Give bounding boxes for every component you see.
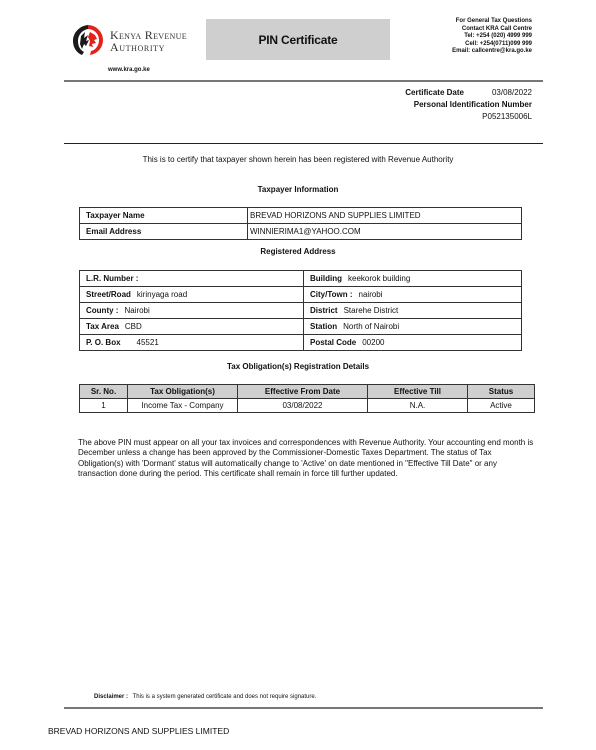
disclaimer-label: Disclaimer : bbox=[94, 694, 128, 700]
address-cell: L.R. Number : bbox=[80, 271, 304, 287]
registered-address-table: L.R. Number : Buildingkeekorok building … bbox=[79, 270, 522, 351]
contact-cell: Cell: +254(0711)099 999 bbox=[452, 41, 532, 49]
contact-tel: Tel: +254 (020) 4999 999 bbox=[452, 33, 532, 41]
table-row: 1 Income Tax - Company 03/08/2022 N.A. A… bbox=[80, 399, 535, 413]
document-title-box: PIN Certificate bbox=[206, 19, 390, 60]
city-label: City/Town : bbox=[310, 290, 353, 299]
header-divider bbox=[64, 80, 543, 82]
taxpayer-name-label: Taxpayer Name bbox=[80, 208, 248, 224]
email-label: Email Address bbox=[80, 224, 248, 240]
address-cell: Tax AreaCBD bbox=[80, 319, 304, 335]
address-cell: StationNorth of Nairobi bbox=[304, 319, 522, 335]
address-cell: Postal Code00200 bbox=[304, 335, 522, 351]
column-header: Effective Till bbox=[368, 385, 468, 399]
county-value: Nairobi bbox=[124, 306, 149, 315]
pin-value: P052135006L bbox=[405, 111, 532, 123]
postal-code-value: 00200 bbox=[362, 338, 384, 347]
kra-logo: Kenya Revenue Authority bbox=[70, 22, 200, 62]
document-title: PIN Certificate bbox=[258, 33, 337, 47]
certify-statement: This is to certify that taxpayer shown h… bbox=[0, 155, 596, 164]
county-label: County : bbox=[86, 306, 118, 315]
street-value: kirinyaga road bbox=[137, 290, 187, 299]
table-row: Email Address WINNIERIMA1@YAHOO.COM bbox=[80, 224, 522, 240]
address-cell: City/Town :nairobi bbox=[304, 287, 522, 303]
district-value: Starehe District bbox=[344, 306, 399, 315]
street-label: Street/Road bbox=[86, 290, 131, 299]
tax-obligation-cell: Income Tax - Company bbox=[128, 399, 238, 413]
contact-line: For General Tax Questions bbox=[452, 18, 532, 26]
address-cell: DistrictStarehe District bbox=[304, 303, 522, 319]
logo-line-2: Authority bbox=[110, 41, 187, 53]
station-label: Station bbox=[310, 322, 337, 331]
table-row: P. O. Box45521 Postal Code00200 bbox=[80, 335, 522, 351]
sr-no-cell: 1 bbox=[80, 399, 128, 413]
building-label: Building bbox=[310, 274, 342, 283]
taxpayer-info-table: Taxpayer Name BREVAD HORIZONS AND SUPPLI… bbox=[79, 207, 522, 240]
taxpayer-info-title: Taxpayer Information bbox=[0, 185, 596, 194]
website-link[interactable]: www.kra.go.ke bbox=[108, 67, 150, 73]
column-header: Sr. No. bbox=[80, 385, 128, 399]
address-cell: P. O. Box45521 bbox=[80, 335, 304, 351]
column-header: Effective From Date bbox=[238, 385, 368, 399]
table-row: County :Nairobi DistrictStarehe District bbox=[80, 303, 522, 319]
po-box-value: 45521 bbox=[137, 338, 159, 347]
table-row: Taxpayer Name BREVAD HORIZONS AND SUPPLI… bbox=[80, 208, 522, 224]
tax-obligations-table: Sr. No. Tax Obligation(s) Effective From… bbox=[79, 384, 535, 413]
certificate-date-value: 03/08/2022 bbox=[492, 87, 532, 99]
table-row: Street/Roadkirinyaga road City/Town :nai… bbox=[80, 287, 522, 303]
footer-divider bbox=[64, 707, 543, 709]
station-value: North of Nairobi bbox=[343, 322, 399, 331]
postal-code-label: Postal Code bbox=[310, 338, 356, 347]
tax-area-label: Tax Area bbox=[86, 322, 119, 331]
certificate-date-label: Certificate Date bbox=[405, 87, 464, 99]
table-row: Tax AreaCBD StationNorth of Nairobi bbox=[80, 319, 522, 335]
status-cell: Active bbox=[468, 399, 535, 413]
effective-from-cell: 03/08/2022 bbox=[238, 399, 368, 413]
address-cell: County :Nairobi bbox=[80, 303, 304, 319]
contact-info: For General Tax Questions Contact KRA Ca… bbox=[452, 18, 532, 56]
footer-taxpayer-name: BREVAD HORIZONS AND SUPPLIES LIMITED bbox=[48, 726, 229, 736]
contact-email: Email: callcentre@kra.go.ke bbox=[452, 48, 532, 56]
certificate-info: Certificate Date 03/08/2022 Personal Ide… bbox=[405, 87, 532, 123]
registered-address-title: Registered Address bbox=[0, 247, 596, 256]
table-header-row: Sr. No. Tax Obligation(s) Effective From… bbox=[80, 385, 535, 399]
po-box-label: P. O. Box bbox=[86, 338, 121, 347]
disclaimer: Disclaimer : This is a system generated … bbox=[94, 694, 316, 700]
building-value: keekorok building bbox=[348, 274, 410, 283]
contact-line: Contact KRA Call Centre bbox=[452, 26, 532, 34]
disclaimer-text: This is a system generated certificate a… bbox=[133, 694, 317, 700]
pin-certificate-page: Kenya Revenue Authority www.kra.go.ke PI… bbox=[0, 0, 596, 750]
pin-label: Personal Identification Number bbox=[405, 99, 532, 111]
lr-number-label: L.R. Number : bbox=[86, 274, 138, 283]
tax-obligations-title: Tax Obligation(s) Registration Details bbox=[0, 362, 596, 371]
address-cell: Street/Roadkirinyaga road bbox=[80, 287, 304, 303]
city-value: nairobi bbox=[359, 290, 383, 299]
column-header: Tax Obligation(s) bbox=[128, 385, 238, 399]
notice-paragraph: The above PIN must appear on all your ta… bbox=[78, 438, 538, 480]
taxpayer-name-value: BREVAD HORIZONS AND SUPPLIES LIMITED bbox=[248, 208, 522, 224]
effective-till-cell: N.A. bbox=[368, 399, 468, 413]
district-label: District bbox=[310, 306, 338, 315]
table-row: L.R. Number : Buildingkeekorok building bbox=[80, 271, 522, 287]
email-value: WINNIERIMA1@YAHOO.COM bbox=[248, 224, 522, 240]
address-cell: Buildingkeekorok building bbox=[304, 271, 522, 287]
tax-area-value: CBD bbox=[125, 322, 142, 331]
column-header: Status bbox=[468, 385, 535, 399]
kra-lion-icon bbox=[70, 22, 106, 58]
logo-wordmark: Kenya Revenue Authority bbox=[110, 29, 187, 53]
section-divider bbox=[64, 143, 543, 144]
